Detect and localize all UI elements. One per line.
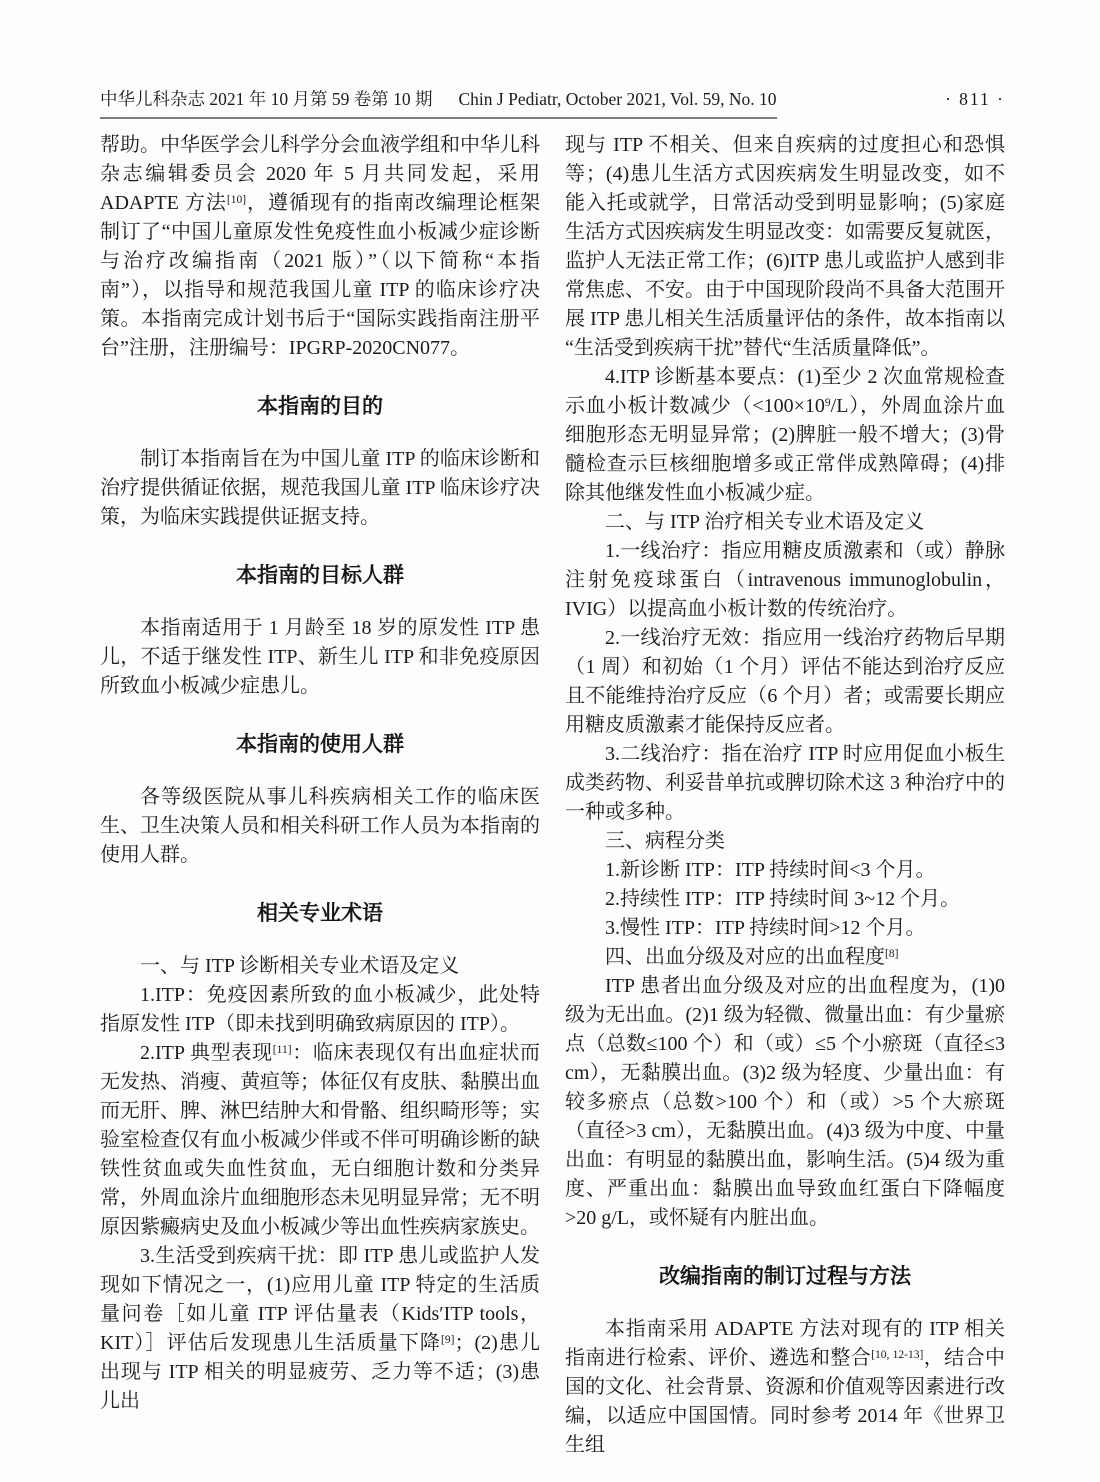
- section-heading-methods: 改编指南的制订过程与方法: [565, 1262, 1005, 1291]
- article-body: 帮助。中华医学会儿科学分会血液学组和中华儿科杂志编辑委员会 2020 年 5 月…: [100, 131, 1005, 1460]
- paragraph-chronic-itp: 3.慢性 ITP：ITP 持续时间>12 个月。: [565, 914, 1005, 943]
- reference-marker: [10, 12-13]: [871, 1349, 923, 1361]
- section-heading-intended-users: 本指南的使用人群: [100, 730, 540, 759]
- reference-marker: [9]: [441, 1334, 454, 1346]
- paragraph-text: 2.ITP 典型表现: [140, 1042, 273, 1064]
- reference-marker: [11]: [273, 1044, 292, 1056]
- journal-header: 中华儿科杂志 2021 年 10 月第 59 卷第 10 期Chin J Ped…: [100, 86, 777, 119]
- section-heading-purpose: 本指南的目的: [100, 392, 540, 421]
- paragraph-text: ：临床表现仅有出血症状而无发热、消瘦、黄疸等；体征仅有皮肤、黏膜出血而无肝、脾、…: [100, 1042, 540, 1238]
- paragraph-second-line-treatment: 3.二线治疗：指在治疗 ITP 时应用促血小板生成类药物、利妥昔单抗或脾切除术这…: [565, 740, 1005, 827]
- paragraph-first-line-treatment: 1.一线治疗：指应用糖皮质激素和（或）静脉注射免疫球蛋白（intravenous…: [565, 537, 1005, 624]
- running-head: 中华儿科杂志 2021 年 10 月第 59 卷第 10 期Chin J Ped…: [100, 86, 1005, 119]
- paragraph-bleeding-grading-intro: 四、出血分级及对应的出血程度[8]: [565, 943, 1005, 972]
- paragraph-treatment-terms-intro: 二、与 ITP 治疗相关专业术语及定义: [565, 508, 1005, 537]
- right-column: 现与 ITP 不相关、但来自疾病的过度担心和恐惧等；(4)患儿生活方式因疾病发生…: [565, 131, 1005, 1460]
- page-number: · 811 ·: [945, 89, 1005, 110]
- paragraph-term-diagnosis-points: 4.ITP 诊断基本要点：(1)至少 2 次血常规检查示血小板计数减少（<100…: [565, 363, 1005, 508]
- reference-marker: [10]: [227, 194, 246, 206]
- paragraph-bleeding-grading: ITP 患者出血分级及对应的出血程度为，(1)0 级为无出血。(2)1 级为轻微…: [565, 972, 1005, 1233]
- paragraph-persistent-itp: 2.持续性 ITP：ITP 持续时间 3~12 个月。: [565, 885, 1005, 914]
- section-heading-terminology: 相关专业术语: [100, 899, 540, 928]
- reference-marker: [8]: [885, 948, 898, 960]
- paragraph-course-classification-intro: 三、病程分类: [565, 827, 1005, 856]
- paragraph-continued: 帮助。中华医学会儿科学分会血液学组和中华儿科杂志编辑委员会 2020 年 5 月…: [100, 131, 540, 363]
- exponent-superscript: 9: [825, 397, 831, 409]
- paragraph-methods: 本指南采用 ADAPTE 方法对现有的 ITP 相关指南进行检索、评价、遴选和整…: [565, 1315, 1005, 1460]
- paragraph-text: 四、出血分级及对应的出血程度: [605, 946, 885, 968]
- paragraph-term-typical: 2.ITP 典型表现[11]：临床表现仅有出血症状而无发热、消瘦、黄疸等；体征仅…: [100, 1039, 540, 1242]
- paragraph-continued: 现与 ITP 不相关、但来自疾病的过度担心和恐惧等；(4)患儿生活方式因疾病发生…: [565, 131, 1005, 363]
- section-heading-target-population: 本指南的目标人群: [100, 561, 540, 590]
- journal-title-en: Chin J Pediatr, October 2021, Vol. 59, N…: [459, 89, 777, 109]
- paragraph-term-life-disturbed: 3.生活受到疾病干扰：即 ITP 患儿或监护人发现如下情况之一，(1)应用儿童 …: [100, 1242, 540, 1416]
- left-column: 帮助。中华医学会儿科学分会血液学组和中华儿科杂志编辑委员会 2020 年 5 月…: [100, 131, 540, 1460]
- paragraph-target-population: 本指南适用于 1 月龄至 18 岁的原发性 ITP 患儿，不适于继发性 ITP、…: [100, 614, 540, 701]
- paragraph-intended-users: 各等级医院从事儿科疾病相关工作的临床医生、卫生决策人员和相关科研工作人员为本指南…: [100, 783, 540, 870]
- paragraph-first-line-failure: 2.一线治疗无效：指应用一线治疗药物后早期（1 周）和初始（1 个月）评估不能达…: [565, 624, 1005, 740]
- paragraph-term-itp: 1.ITP：免疫因素所致的血小板减少，此处特指原发性 ITP（即未找到明确致病原…: [100, 981, 540, 1039]
- journal-title-cn: 中华儿科杂志 2021 年 10 月第 59 卷第 10 期: [100, 89, 433, 109]
- journal-article-page: 中华儿科杂志 2021 年 10 月第 59 卷第 10 期Chin J Ped…: [0, 0, 1100, 1482]
- paragraph-newly-diagnosed-itp: 1.新诊断 ITP：ITP 持续时间<3 个月。: [565, 856, 1005, 885]
- paragraph-purpose: 制订本指南旨在为中国儿童 ITP 的临床诊断和治疗提供循证依据，规范我国儿童 I…: [100, 445, 540, 532]
- paragraph-text: ，遵循现有的指南改编理论框架制订了“中国儿童原发性免疫性血小板减少症诊断与治疗改…: [100, 192, 540, 359]
- paragraph-terminology-intro: 一、与 ITP 诊断相关专业术语及定义: [100, 952, 540, 981]
